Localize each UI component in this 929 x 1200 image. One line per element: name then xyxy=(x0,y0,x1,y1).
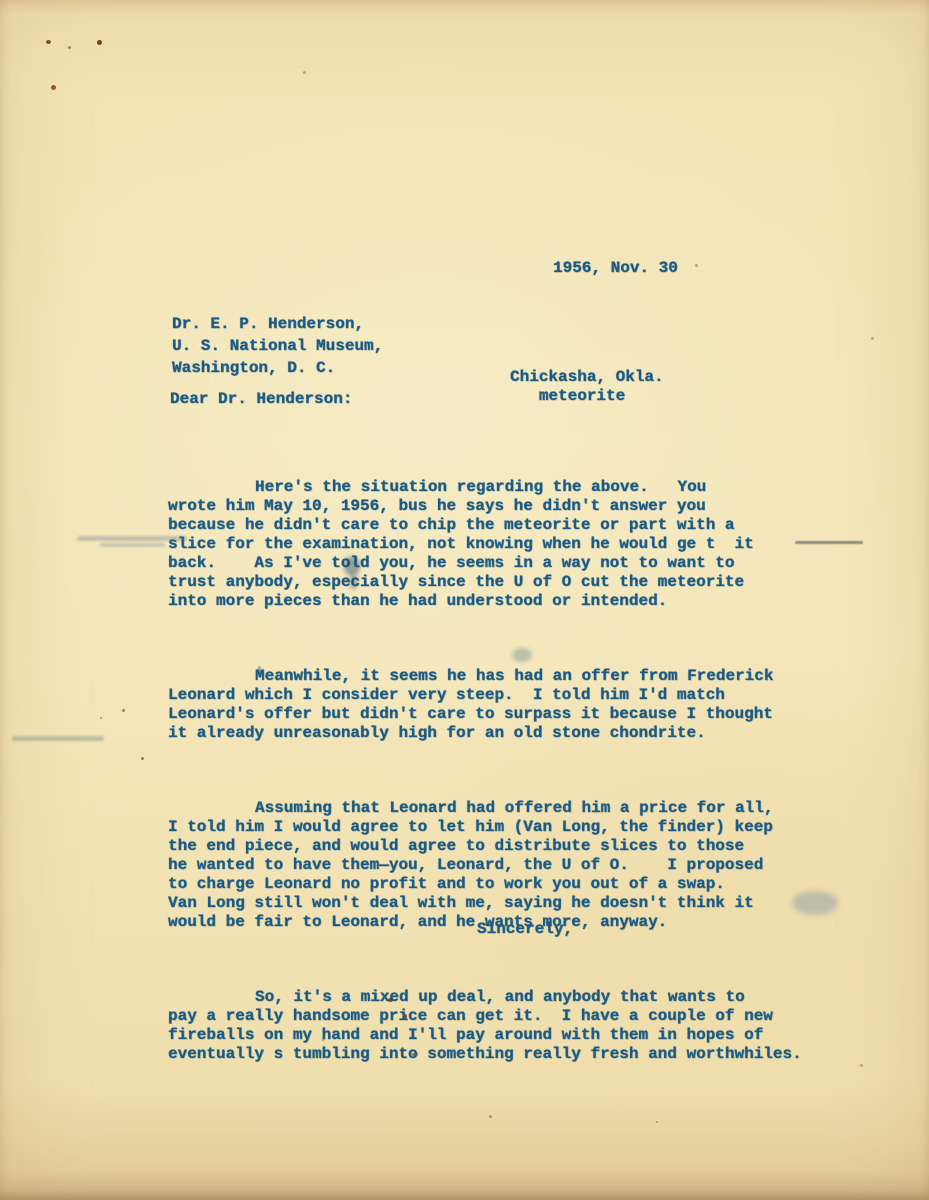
closing-sincerely: Sincerely, xyxy=(477,920,573,939)
paper-speck xyxy=(51,85,56,90)
paragraph-3: Assuming that Leonard had offered him a … xyxy=(168,799,833,932)
scanned-letter-page: 1956, Nov. 30 Dr. E. P. Henderson, U. S.… xyxy=(0,0,929,1200)
paper-speck xyxy=(322,1039,324,1041)
letter-date: 1956, Nov. 30 xyxy=(553,259,678,278)
paper-speck xyxy=(695,264,698,267)
recipient-address: Dr. E. P. Henderson, U. S. National Muse… xyxy=(172,313,383,379)
scan-smear xyxy=(100,543,165,547)
paper-speck xyxy=(100,717,102,719)
paper-speck xyxy=(860,1064,863,1067)
paper-speck xyxy=(871,337,874,340)
ink-smudge xyxy=(512,648,532,662)
paper-speck xyxy=(404,1014,407,1019)
paper-speck xyxy=(412,1053,418,1056)
paper-speck xyxy=(122,709,125,712)
letter-body: Here's the situation regarding the above… xyxy=(168,440,833,1120)
subject-line: Chickasha, Okla. meteorite xyxy=(510,368,664,406)
paper-speck xyxy=(141,757,144,760)
paper-speck xyxy=(656,1121,658,1123)
scan-smear xyxy=(12,736,104,741)
scan-smear xyxy=(77,536,187,541)
pencil-line xyxy=(795,541,863,544)
paragraph-4: So, it's a mixed up deal, and anybody th… xyxy=(168,988,833,1064)
paragraph-2: Meanwhile, it seems he has had an offer … xyxy=(168,667,833,743)
paper-speck xyxy=(489,1115,492,1118)
ink-blot xyxy=(349,574,358,590)
paragraph-1: Here's the situation regarding the above… xyxy=(168,478,833,611)
paper-speck xyxy=(46,40,51,44)
salutation: Dear Dr. Henderson: xyxy=(170,390,352,409)
paper-speck xyxy=(303,71,306,74)
ink-blot xyxy=(344,556,360,576)
ink-mark xyxy=(258,666,261,674)
paper-speck xyxy=(97,40,102,45)
ink-smudge xyxy=(792,891,838,915)
paper-speck xyxy=(388,998,393,1002)
paper-speck xyxy=(68,46,71,49)
